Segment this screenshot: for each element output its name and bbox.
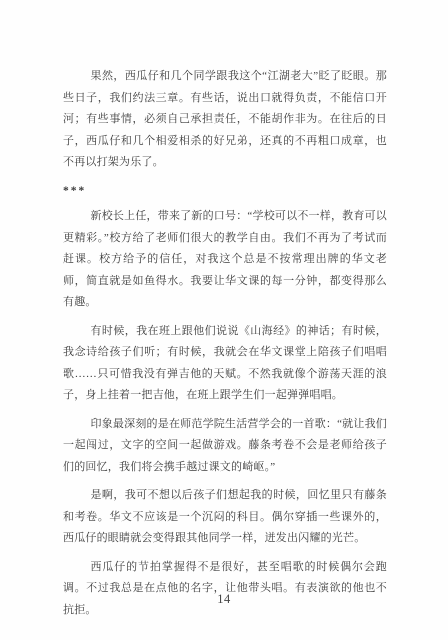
paragraph-1: 果然，西瓜仔和几个同学跟我这个“江湖老大”眨了眨眼。那些日子，我们约法三章。有些… [63,66,387,174]
paragraph-2: 新校长上任，带来了新的口号：“学校可以不一样，教育可以更精彩。”校方给了老师们很… [63,206,387,314]
page-number: 14 [0,592,448,607]
paragraph-6: 西瓜仔的节拍掌握得不是很好，甚至唱歌的时候偶尔会跑调。不过我总是在点他的名字，让… [63,557,387,622]
document-page: 果然，西瓜仔和几个同学跟我这个“江湖老大”眨了眨眼。那些日子，我们约法三章。有些… [0,0,448,640]
paragraph-5: 是啊，我可不想以后孩子们想起我的时候，回忆里只有藤条和考卷。华文不应该是一个沉闷… [63,485,387,550]
section-separator: *** [63,181,387,203]
paragraph-3: 有时候，我在班上跟他们说说《山海经》的神话；有时候，我念诗给孩子们听；有时候，我… [63,321,387,407]
paragraph-4: 印象最深刻的是在师范学院生活营学会的一首歌：“就让我们一起闯过，文字的空间一起做… [63,414,387,479]
text-block: 果然，西瓜仔和几个同学跟我这个“江湖老大”眨了眨眼。那些日子，我们约法三章。有些… [63,66,387,628]
